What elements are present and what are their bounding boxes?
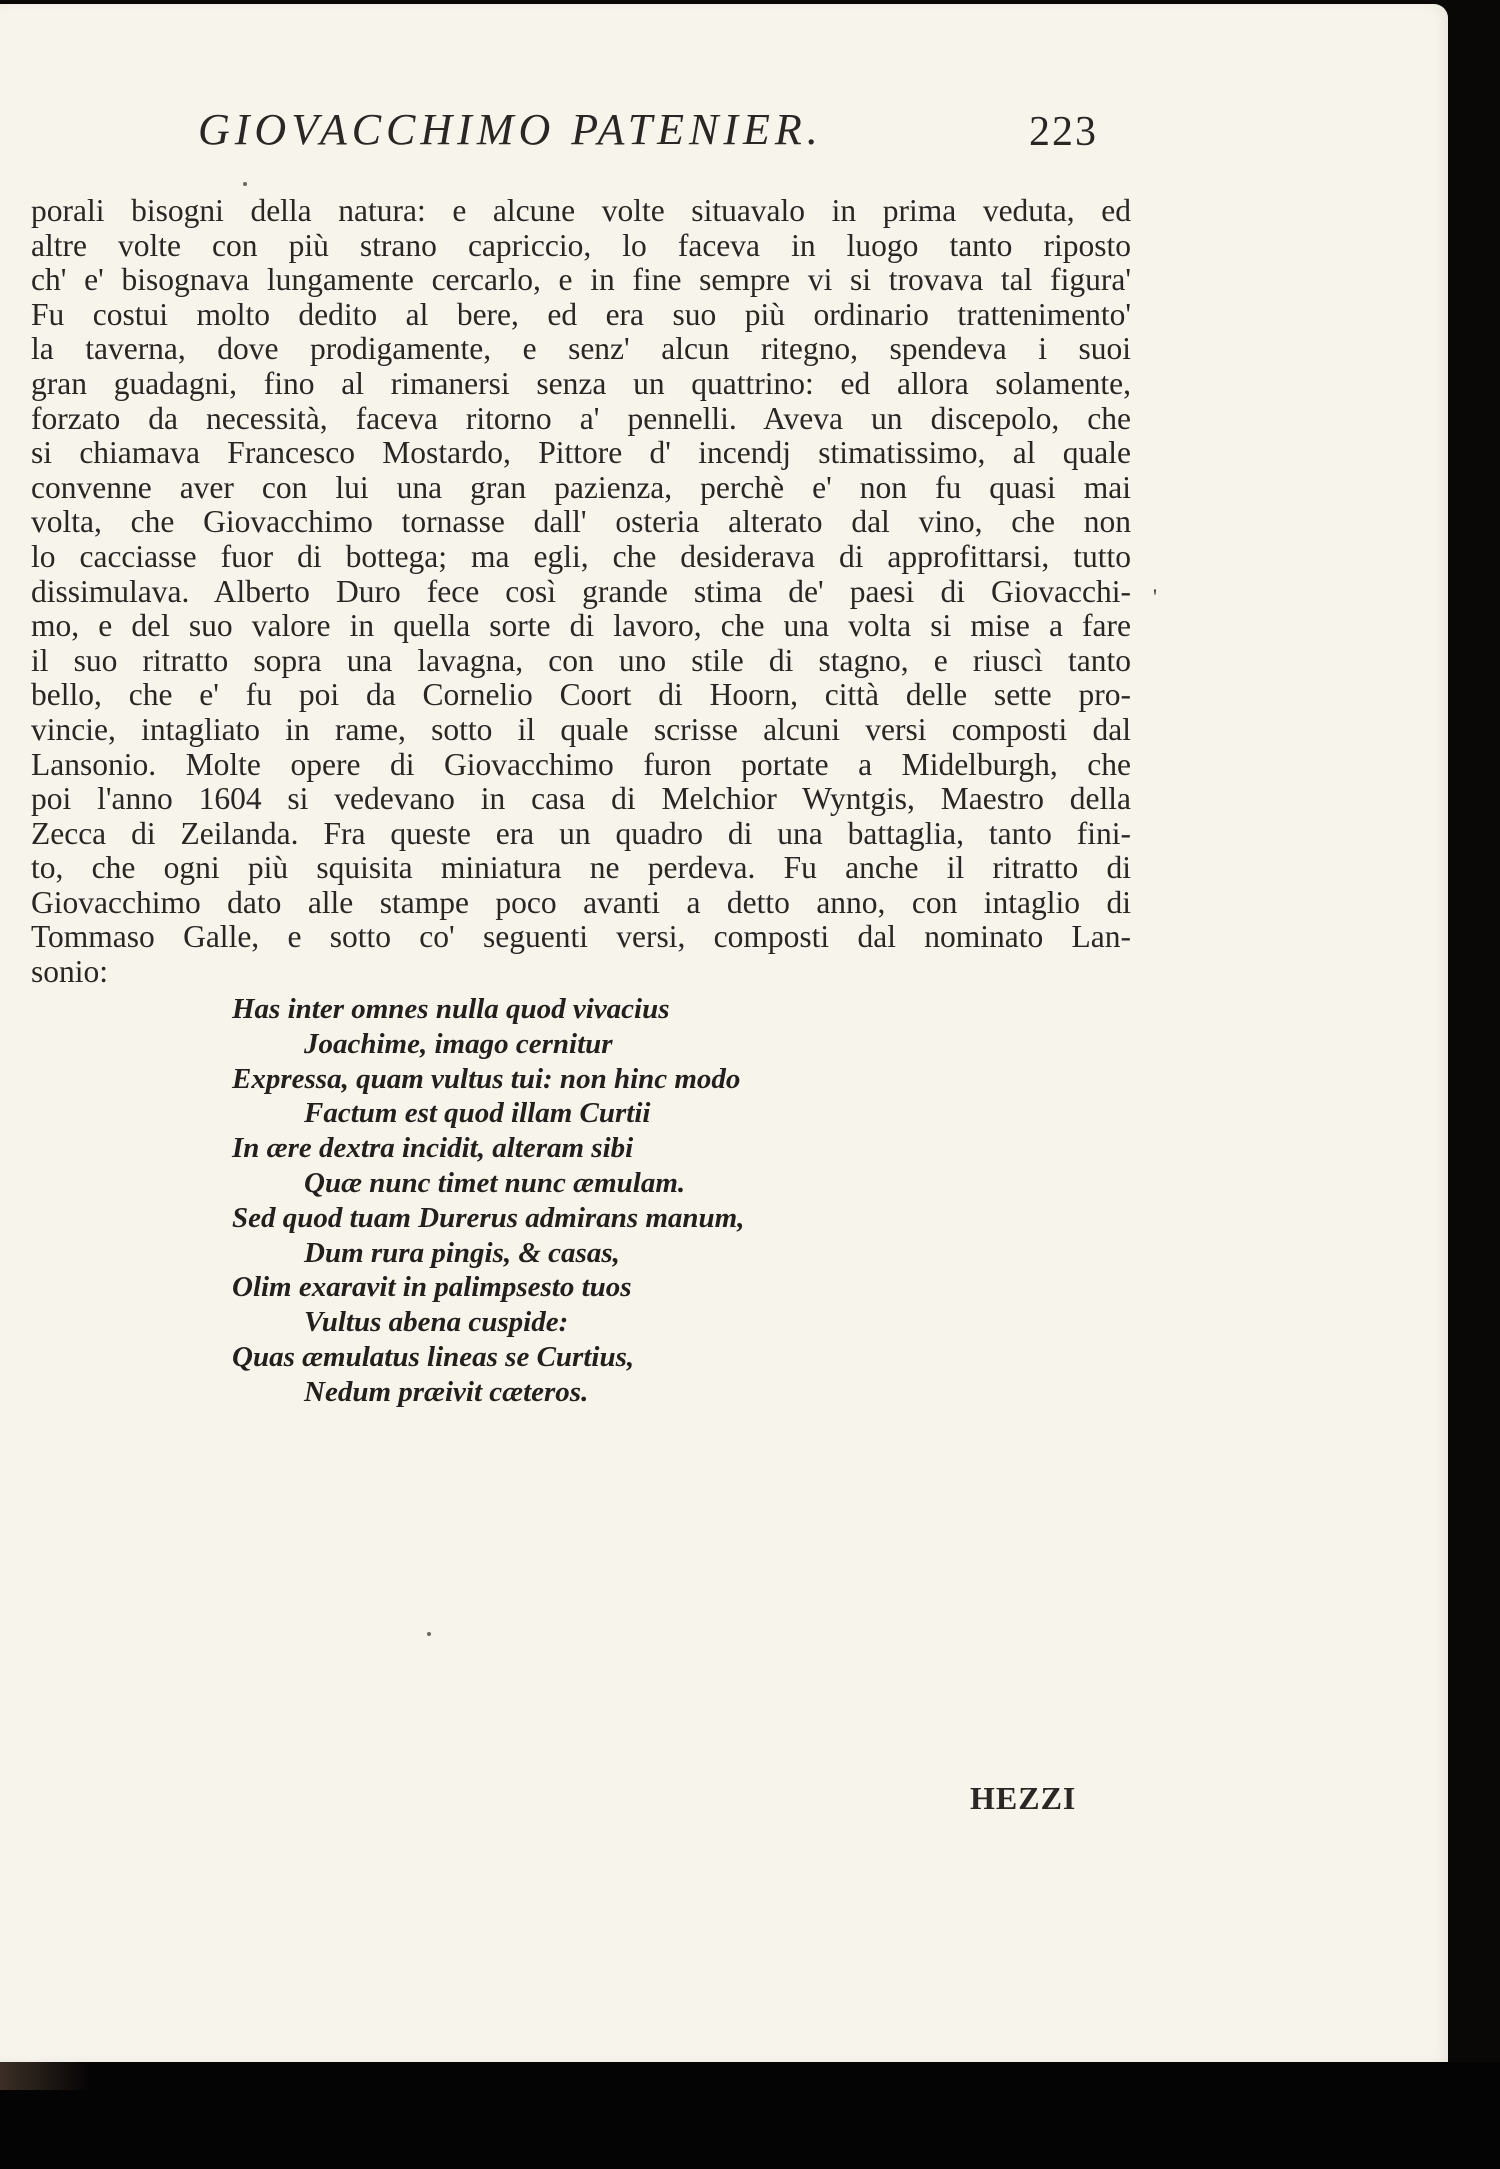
text-line: si chiamava Francesco Mostardo, Pittore …	[31, 436, 1131, 471]
text-line: vincie, intagliato in rame, sotto il qua…	[31, 713, 1131, 748]
verse-line: Quas æmulatus lineas se Curtius,	[232, 1340, 744, 1375]
scan-background	[0, 2062, 1500, 2169]
book-page: GIOVACCHIMO PATENIER. 223 porali bisogni…	[0, 4, 1448, 2062]
latin-verse: Has inter omnes nulla quod vivacius Joac…	[232, 992, 744, 1410]
verse-line: Nedum præivit cæteros.	[232, 1375, 744, 1410]
catchword: HEZZI	[970, 1780, 1076, 1817]
verse-line: Dum rura pingis, & casas,	[232, 1236, 744, 1271]
text-line: convenne aver con lui una gran pazienza,…	[31, 471, 1131, 506]
text-line: forzato da necessità, faceva ritorno a' …	[31, 402, 1131, 437]
text-line: sonio:	[31, 955, 1131, 990]
verse-line: Vultus abena cuspide:	[232, 1305, 744, 1340]
verse-line: Sed quod tuam Durerus admirans manum,	[232, 1201, 744, 1236]
text-line: lo cacciasse fuor di bottega; ma egli, c…	[31, 540, 1131, 575]
text-line: Tommaso Galle, e sotto co' seguenti vers…	[31, 920, 1131, 955]
text-line: to, che ogni più squisita miniatura ne p…	[31, 851, 1131, 886]
text-line: ch' e' bisognava lungamente cercarlo, e …	[31, 263, 1131, 298]
text-line: Fu costui molto dedito al bere, ed era s…	[31, 298, 1131, 333]
text-line: dissimulava. Alberto Duro fece così gran…	[31, 575, 1131, 610]
verse-line: Olim exaravit in palimpsesto tuos	[232, 1270, 744, 1305]
ink-speck	[243, 182, 247, 186]
page-header: GIOVACCHIMO PATENIER. 223	[198, 104, 1138, 164]
text-line: Giovacchimo dato alle stampe poco avanti…	[31, 886, 1131, 921]
margin-mark: '	[1153, 584, 1157, 610]
verse-line: In ære dextra incidit, alteram sibi	[232, 1131, 744, 1166]
text-line: poi l'anno 1604 si vedevano in casa di M…	[31, 782, 1131, 817]
body-paragraph: porali bisogni della natura: e alcune vo…	[31, 194, 1131, 990]
verse-line: Expressa, quam vultus tui: non hinc modo	[232, 1062, 744, 1097]
text-line: altre volte con più strano capriccio, lo…	[31, 229, 1131, 264]
running-head: GIOVACCHIMO PATENIER.	[198, 104, 823, 155]
text-line: il suo ritratto sopra una lavagna, con u…	[31, 644, 1131, 679]
text-line: bello, che e' fu poi da Cornelio Coort d…	[31, 678, 1131, 713]
text-line: Zecca di Zeilanda. Fra queste era un qua…	[31, 817, 1131, 852]
page-number: 223	[1029, 108, 1098, 156]
text-line: la taverna, dove prodigamente, e senz' a…	[31, 332, 1131, 367]
verse-line: Quæ nunc timet nunc æmulam.	[232, 1166, 744, 1201]
verse-line: Factum est quod illam Curtii	[232, 1096, 744, 1131]
scan-shadow	[0, 2062, 90, 2090]
ink-speck	[427, 1632, 431, 1636]
text-line: gran guadagni, fino al rimanersi senza u…	[31, 367, 1131, 402]
text-line: porali bisogni della natura: e alcune vo…	[31, 194, 1131, 229]
text-line: Lansonio. Molte opere di Giovacchimo fur…	[31, 748, 1131, 783]
text-line: volta, che Giovacchimo tornasse dall' os…	[31, 505, 1131, 540]
verse-line: Has inter omnes nulla quod vivacius	[232, 992, 744, 1027]
text-line: mo, e del suo valore in quella sorte di …	[31, 609, 1131, 644]
verse-line: Joachime, imago cernitur	[232, 1027, 744, 1062]
